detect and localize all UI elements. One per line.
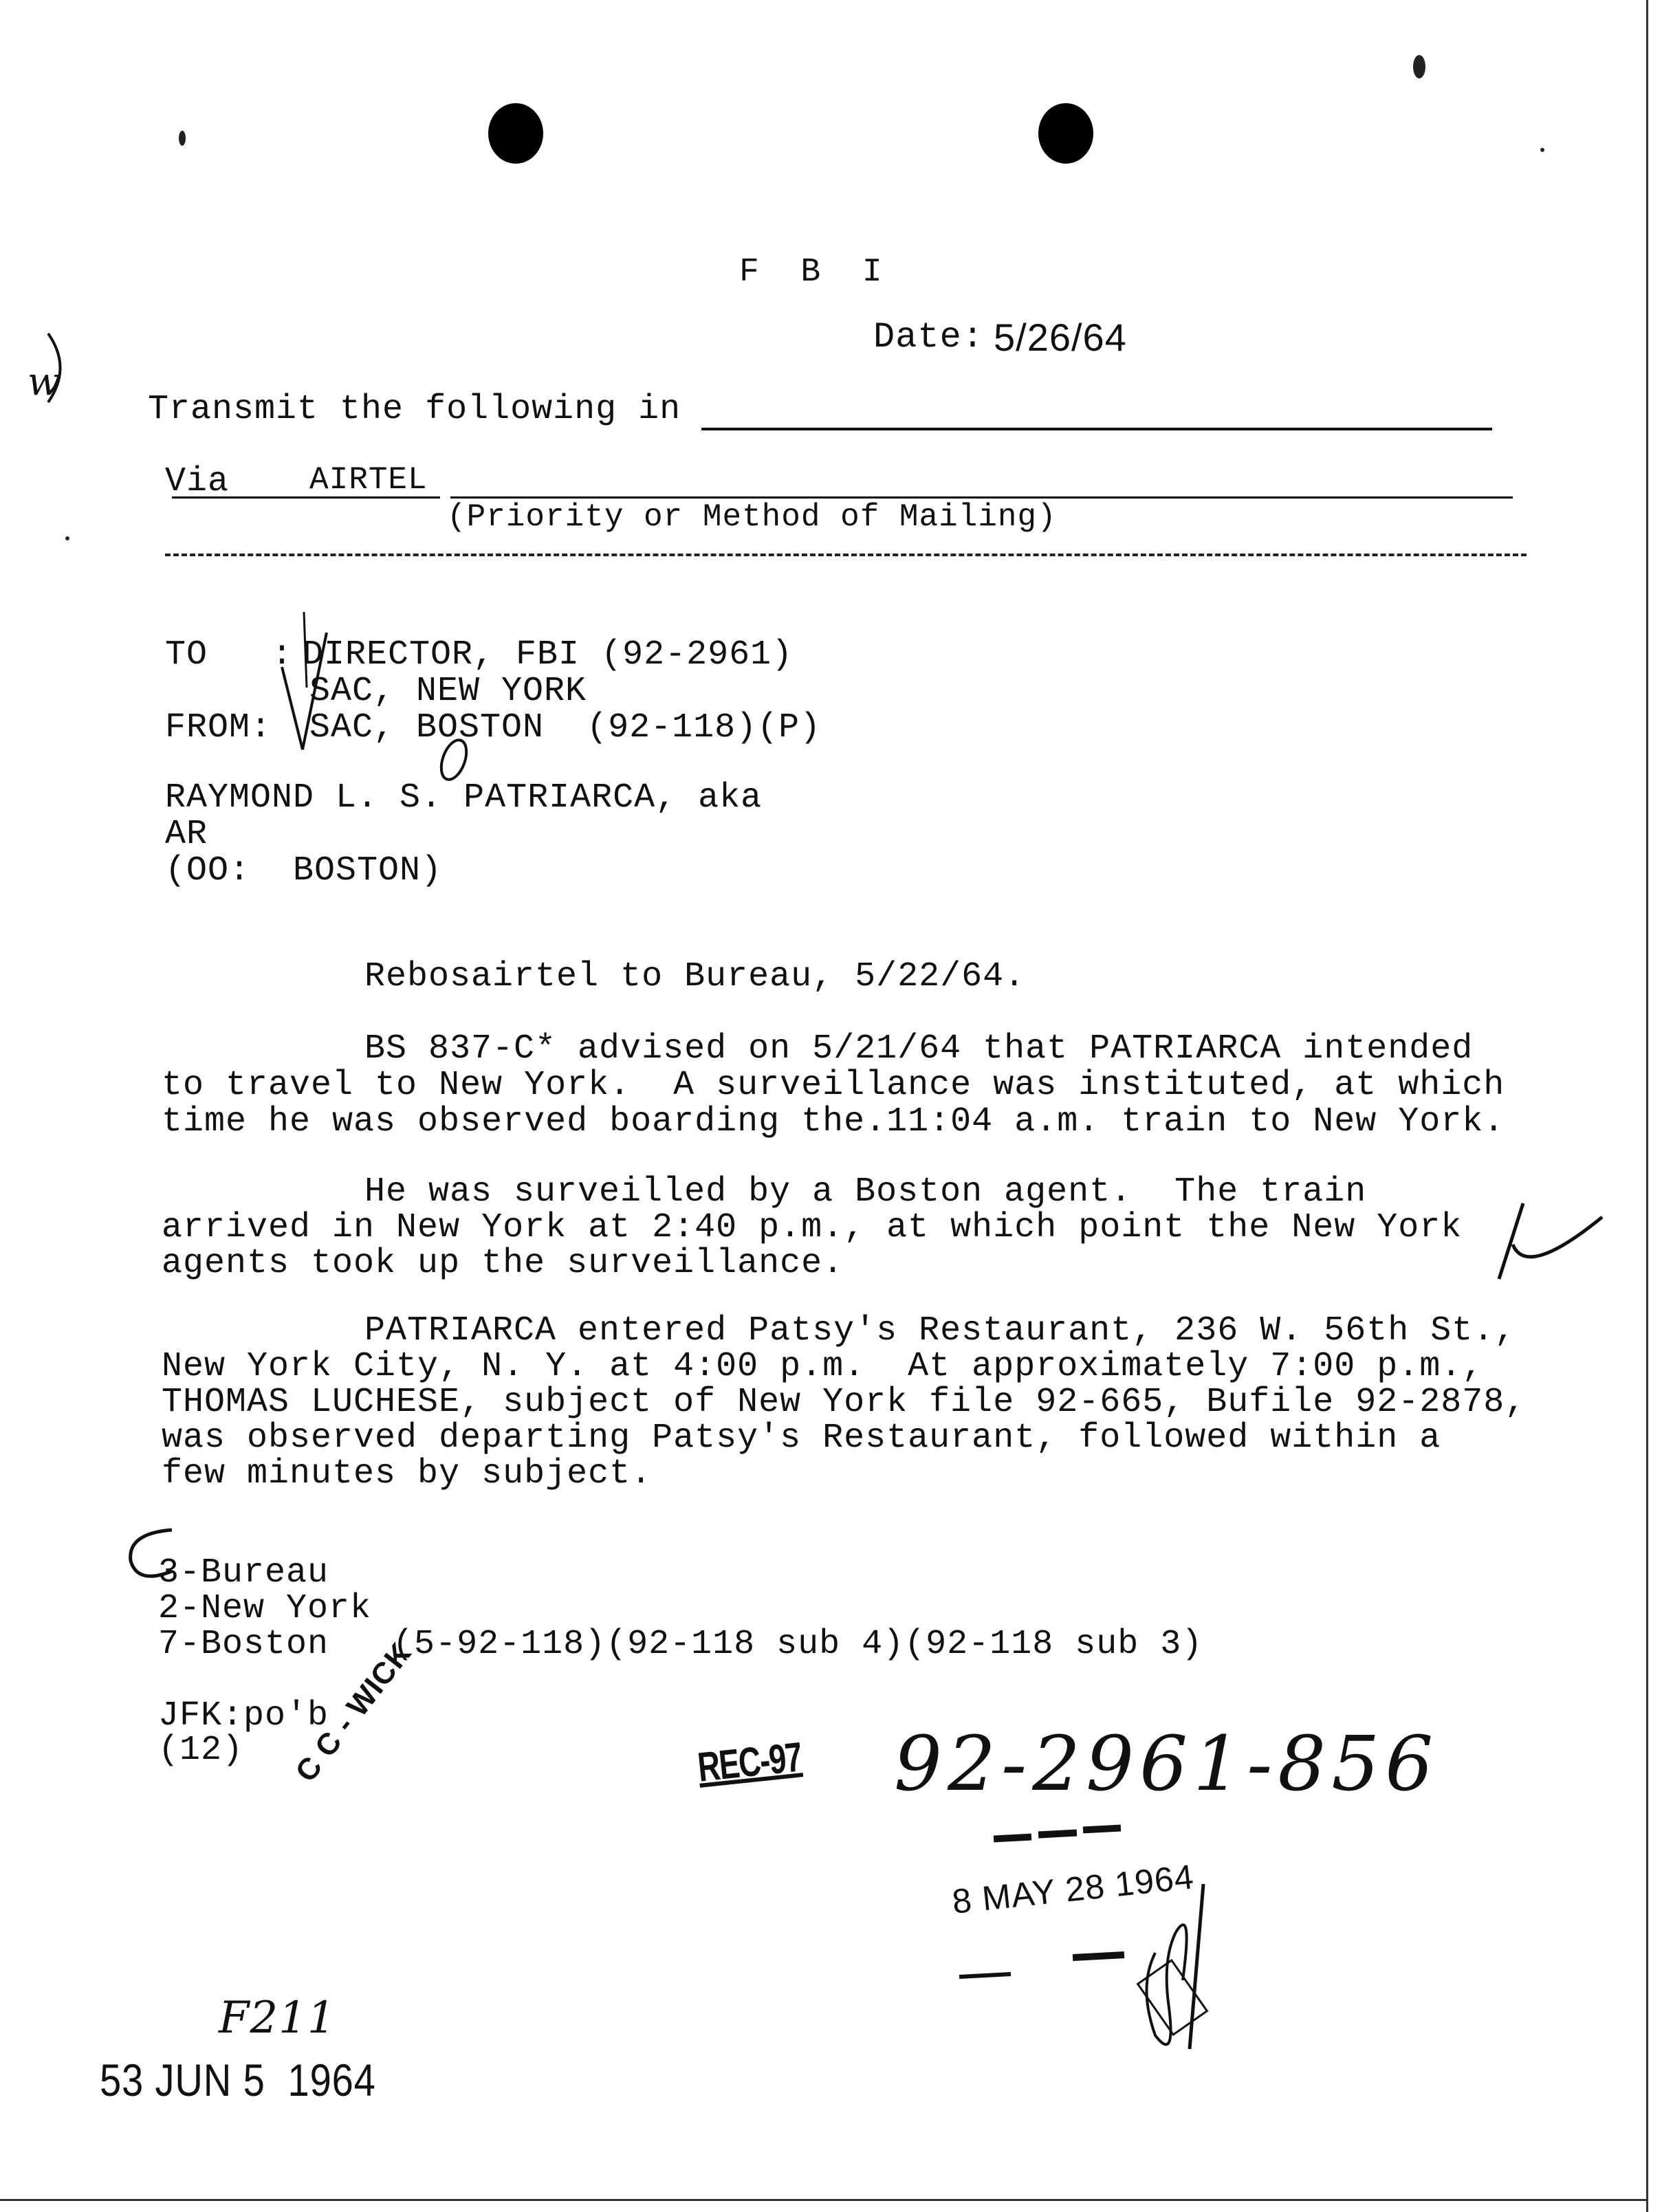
copy-count: (12) [158, 1733, 243, 1768]
from-label: FROM: [165, 710, 272, 746]
handwritten-check-mark-icon [261, 605, 337, 756]
file-number-handwritten: 92-2961-856 [894, 1722, 1439, 1805]
header-separator [165, 554, 1527, 556]
via-value: AIRTEL [309, 462, 428, 498]
transmit-field-line [701, 428, 1492, 430]
file-number-underline-1 [994, 1834, 1031, 1843]
speck [1540, 148, 1544, 152]
speck [179, 131, 186, 146]
body-paragraph-4-line-1: PATRIARCA entered Patsy's Restaurant, 23… [364, 1313, 1516, 1349]
body-paragraph-2-line-3: time he was observed boarding the.11:04 … [162, 1104, 1505, 1140]
body-paragraph-3-line-2: arrived in New York at 2:40 p.m., at whi… [162, 1210, 1462, 1246]
subject-line-3: (OO: BOSTON) [165, 853, 442, 889]
filed-date-stamp: 53 JUN 5 1964 [100, 2056, 376, 2104]
distribution-line-3: 7-Boston (5-92-118)(92-118 sub 4)(92-118… [158, 1627, 1203, 1663]
via-value-underline [172, 496, 440, 499]
to-line-1: DIRECTOR, FBI (92-2961) [303, 637, 793, 673]
date-label: Date: [873, 320, 984, 355]
subject-line-1: RAYMOND L. S. PATRIARCA, aka [165, 780, 762, 816]
signature-scribble-icon [1135, 1877, 1231, 2063]
body-paragraph-4-line-4: was observed departing Patsy's Restauran… [162, 1421, 1441, 1456]
transmit-label: Transmit the following in [148, 392, 681, 428]
from-value: SAC, BOSTON (92-118)(P) [309, 710, 821, 746]
body-paragraph-2-line-1: BS 837-C* advised on 5/21/64 that PATRIA… [364, 1031, 1473, 1067]
distribution-line-2: 2-New York [158, 1591, 371, 1627]
body-paragraph-3-line-1: He was surveilled by a Boston agent. The… [364, 1174, 1366, 1210]
file-number-underline-3 [1083, 1825, 1121, 1834]
redaction-dash-1 [959, 1972, 1011, 1979]
distribution-line-1: 3-Bureau [158, 1555, 329, 1591]
margin-check-mark-icon [1485, 1183, 1609, 1286]
body-paragraph-2-line-2: to travel to New York. A surveillance wa… [162, 1068, 1505, 1104]
body-paragraph-3-line-3: agents took up the surveillance. [162, 1246, 844, 1282]
subject-line-2: AR [165, 817, 208, 853]
punch-hole-left [488, 103, 543, 164]
agency-title: F B I [739, 254, 883, 290]
file-number-underline-2 [1038, 1830, 1077, 1839]
page-edge-right [1646, 0, 1648, 2212]
via-method-line [450, 496, 1513, 499]
typist-initials: JFK:po'b [158, 1698, 329, 1734]
date-value: 5/26/64 [994, 320, 1127, 355]
handwritten-circle-mark-icon [433, 736, 474, 784]
speck [65, 536, 69, 540]
via-caption: (Priority or Method of Mailing) [447, 499, 1057, 535]
handwritten-note: F211 [219, 1994, 336, 2042]
speck [1413, 55, 1425, 78]
to-line-2: SAC, NEW YORK [309, 674, 587, 710]
punch-hole-right [1038, 103, 1093, 164]
body-paragraph-4-line-2: New York City, N. Y. at 4:00 p.m. At app… [162, 1349, 1483, 1385]
via-label: Via [165, 464, 229, 500]
document-page: w F B I Date: 5/26/64 Transmit the follo… [0, 0, 1662, 2212]
body-paragraph-4-line-3: THOMAS LUCHESE, subject of New York file… [162, 1385, 1526, 1421]
margin-bracket-icon [41, 330, 76, 406]
rec-stamp: REC-97 [696, 1739, 803, 1786]
body-paragraph-4-line-5: few minutes by subject. [162, 1456, 652, 1492]
redaction-dash-2 [1073, 1951, 1124, 1961]
body-paragraph-1: Rebosairtel to Bureau, 5/22/64. [364, 959, 1025, 995]
page-edge-bottom [0, 2199, 1648, 2201]
